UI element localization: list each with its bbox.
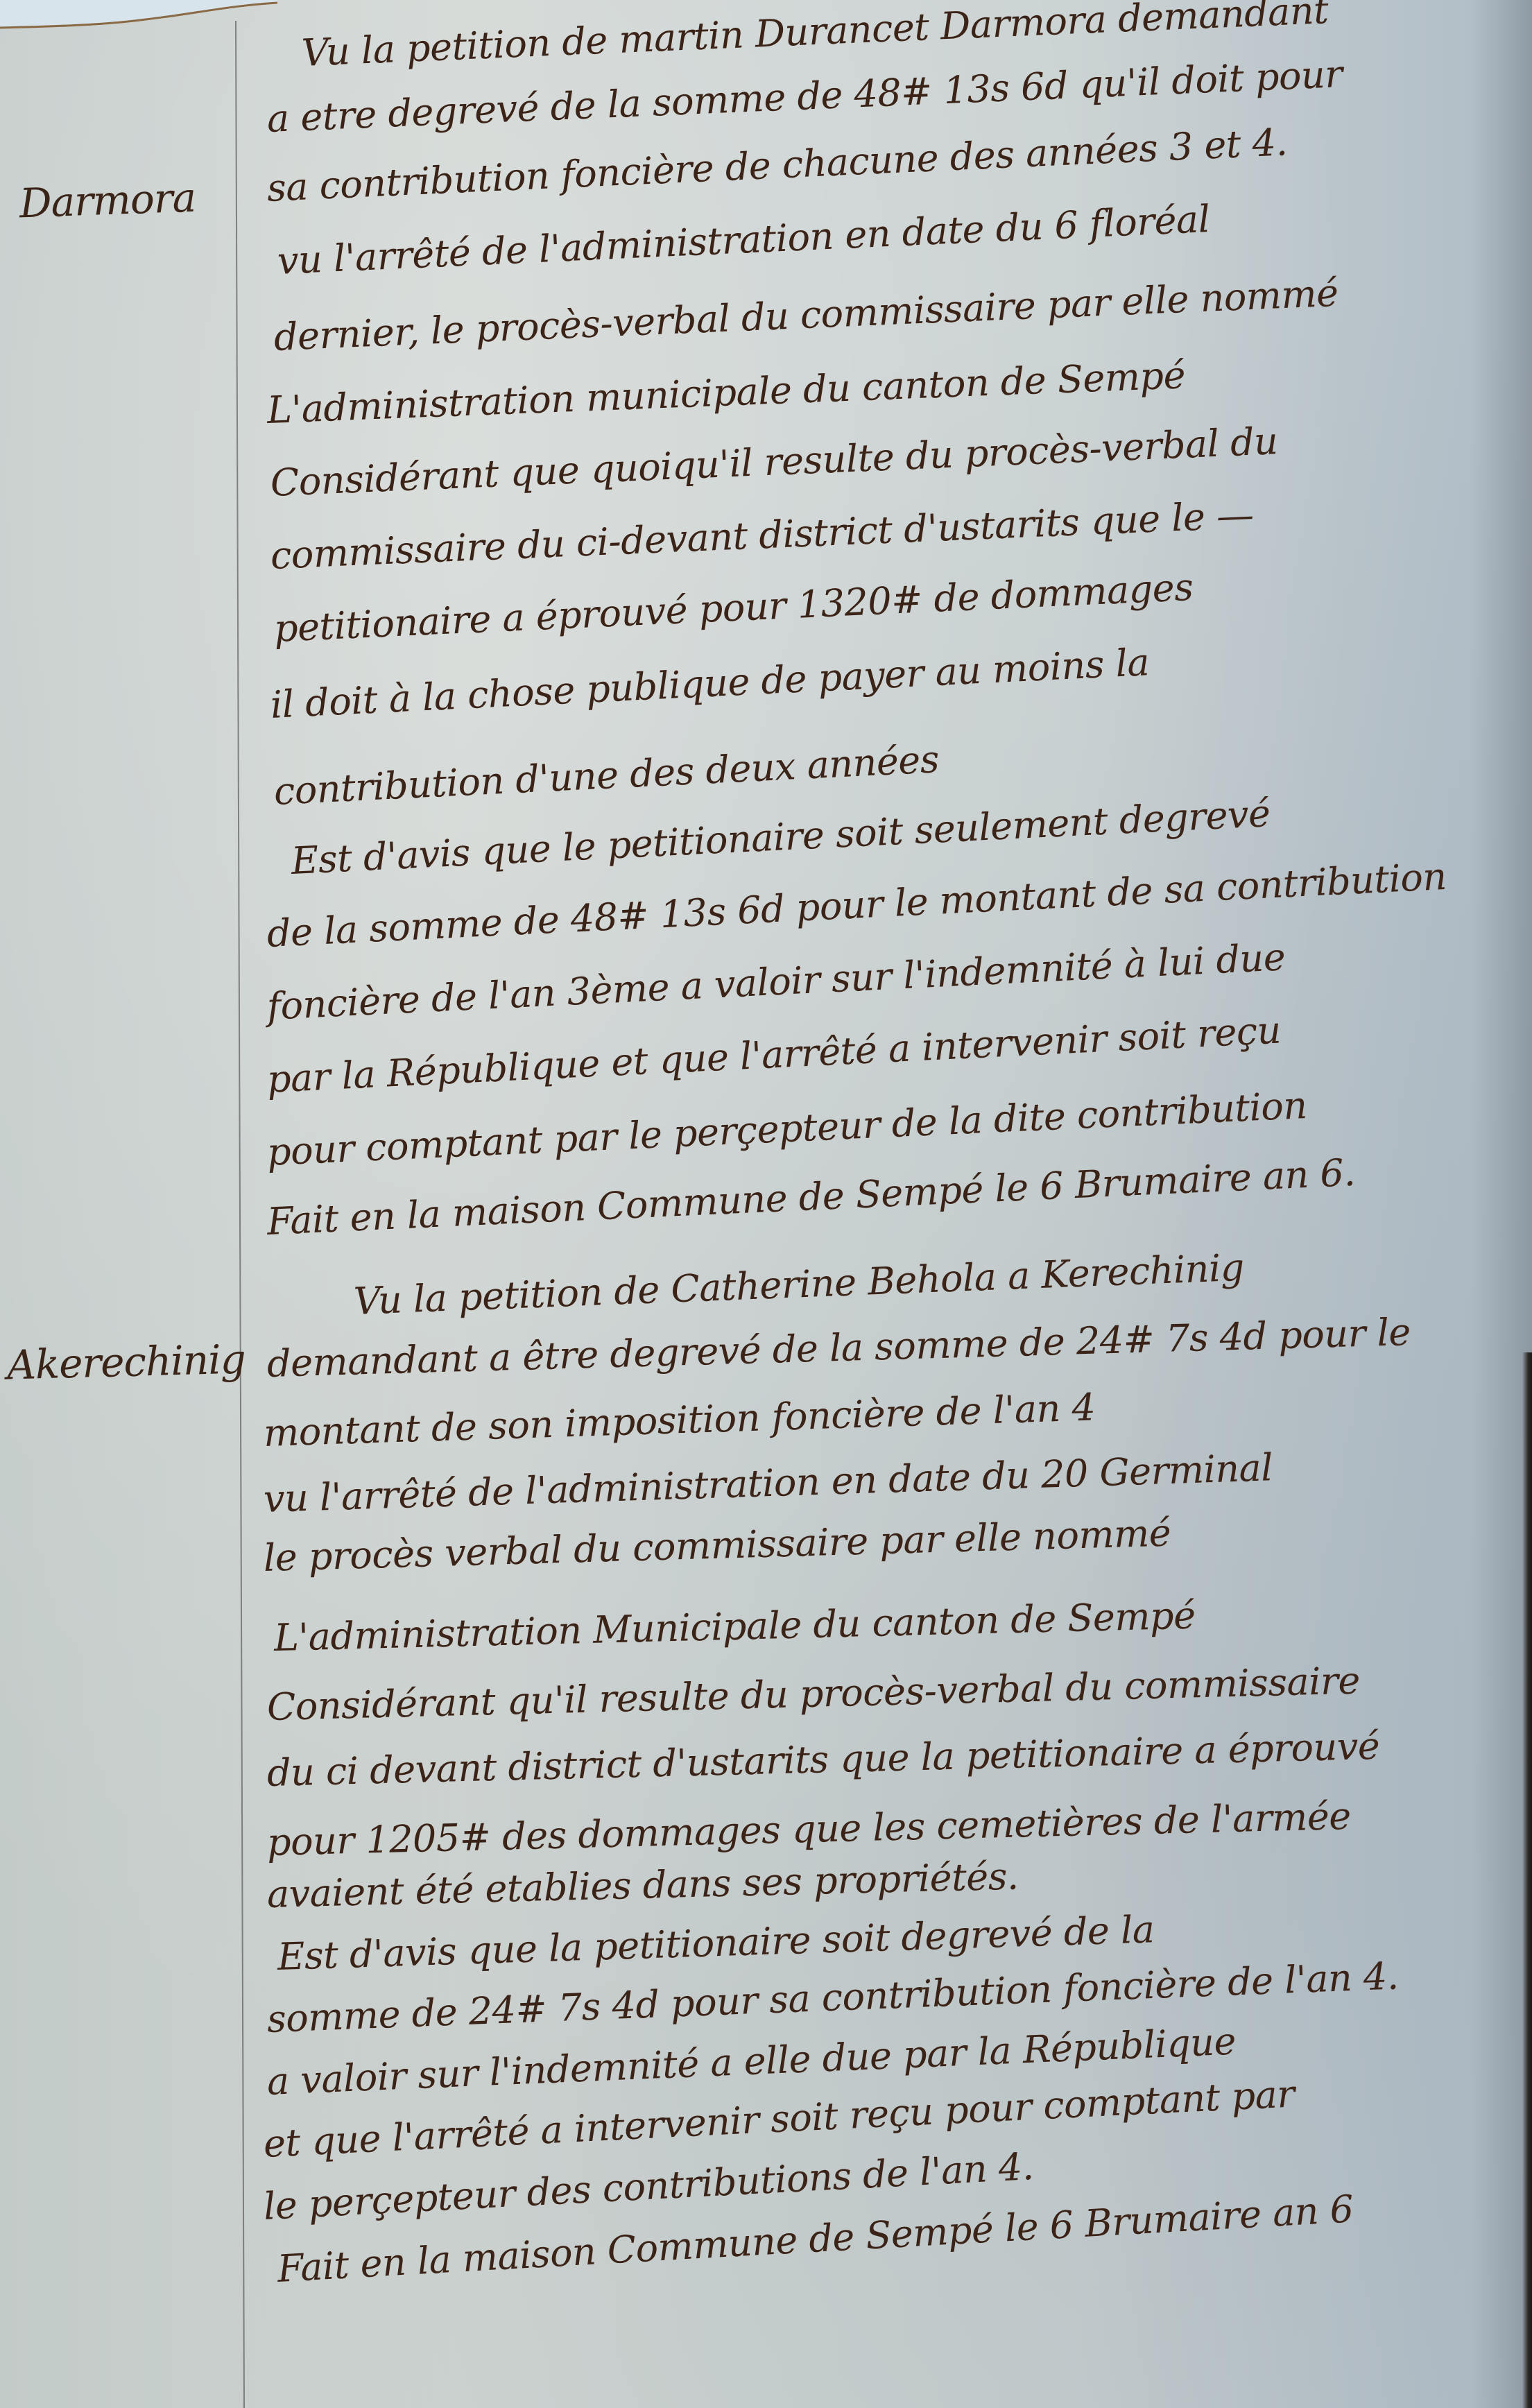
manuscript-page: Darmora Vu la petition de martin Durance… — [0, 0, 1532, 2408]
entry-1-line-15: par la République et que l'arrêté a inte… — [266, 1008, 1282, 1101]
entry-2-line-2: demandant a être degrevé de la somme de … — [266, 1310, 1411, 1386]
entry-2-line-1: Vu la petition de Catherine Behola a Ker… — [353, 1246, 1245, 1323]
entry-1-line-4: vu l'arrêté de l'administration en date … — [277, 197, 1211, 283]
entry-2-line-7: Considérant qu'il resulte du procès-verb… — [266, 1659, 1360, 1729]
margin-rule-line — [235, 21, 245, 2408]
entry-1-line-14: foncière de l'an 3ème a valoir sur l'ind… — [266, 935, 1286, 1029]
entry-1-line-7: Considérant que quoiqu'il resulte du pro… — [270, 419, 1279, 505]
entry-2-line-10: avaient été etablies dans ses propriétés… — [266, 1855, 1019, 1916]
binding-edge-shadow — [1522, 1352, 1532, 2408]
entry-2-line-8: du ci devant district d'ustarits que la … — [266, 1724, 1380, 1795]
margin-name-entry-1: Darmora — [19, 174, 196, 227]
entry-2-line-9: pour 1205# des dommages que les cemetièr… — [266, 1794, 1351, 1864]
entry-1-line-10: il doit à la chose publique de payer au … — [269, 640, 1150, 727]
entry-2-line-3: montant de son imposition foncière de l'… — [263, 1385, 1096, 1455]
margin-name-entry-2: Akerechinig — [6, 1336, 246, 1389]
entry-1-line-9: petitionaire a éprouvé pour 1320# de dom… — [273, 565, 1194, 651]
entry-2-line-5: le procès verbal du commissaire par elle… — [263, 1511, 1171, 1580]
entry-1-line-6: L'administration municipale du canton de… — [266, 353, 1186, 432]
entry-1-line-8: commissaire du ci-devant district d'usta… — [270, 493, 1255, 578]
entry-2-line-4: vu l'arrêté de l'administration en date … — [263, 1445, 1273, 1521]
entry-2-line-6: L'administration Municipale du canton de… — [273, 1594, 1196, 1660]
entry-1-line-5: dernier, le procès-verbal du commissaire… — [273, 271, 1339, 359]
entry-1-line-11: contribution d'une des deux années — [273, 737, 940, 814]
